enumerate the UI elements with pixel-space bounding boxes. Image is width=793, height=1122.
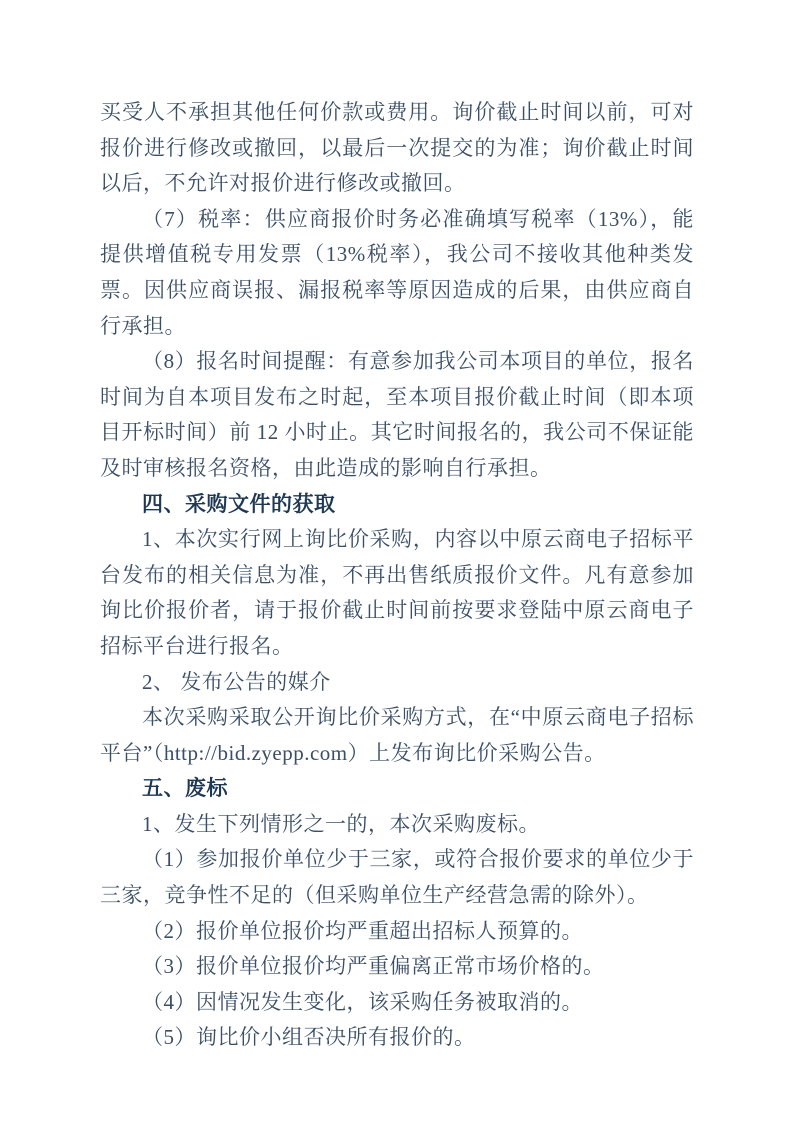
paragraph-announcement-platform: 本次采购采取公开询比价采购方式，在“中原云商电子招标平台”（http://bid… xyxy=(100,700,694,771)
paragraph-invalid-condition-5: （5）询比价小组否决所有报价的。 xyxy=(100,1020,694,1056)
paragraph-invalid-condition-2: （2）报价单位报价均严重超出招标人预算的。 xyxy=(100,914,694,950)
paragraph-invalid-condition-1: （1）参加报价单位少于三家，或符合报价要求的单位少于三家，竞争性不足的（但采购单… xyxy=(100,842,694,913)
paragraph-invalid-condition-4: （4）因情况发生变化，该采购任务被取消的。 xyxy=(100,985,694,1021)
paragraph-online-inquiry: 1、本次实行网上询比价采购，内容以中原云商电子招标平台发布的相关信息为准，不再出… xyxy=(100,522,694,664)
section-heading-4-document-acquisition: 四、采购文件的获取 xyxy=(100,487,694,523)
paragraph-item7-tax-rate: （7）税率：供应商报价时务必准确填写税率（13%），能提供增值税专用发票（13%… xyxy=(100,202,694,344)
paragraph-announcement-media-title: 2、 发布公告的媒介 xyxy=(100,665,694,701)
paragraph-invalid-bid-intro: 1、发生下列情形之一的，本次采购废标。 xyxy=(100,807,694,843)
section-heading-5-invalid-bid: 五、废标 xyxy=(100,771,694,807)
paragraph-price-modification: 买受人不承担其他任何价款或费用。询价截止时间以前，可对报价进行修改或撤回，以最后… xyxy=(100,95,694,202)
document-page: 买受人不承担其他任何价款或费用。询价截止时间以前，可对报价进行修改或撤回，以最后… xyxy=(0,0,793,1122)
paragraph-invalid-condition-3: （3）报价单位报价均严重偏离正常市场价格的。 xyxy=(100,949,694,985)
paragraph-item8-registration-time: （8）报名时间提醒：有意参加我公司本项目的单位，报名时间为自本项目发布之时起，至… xyxy=(100,344,694,486)
